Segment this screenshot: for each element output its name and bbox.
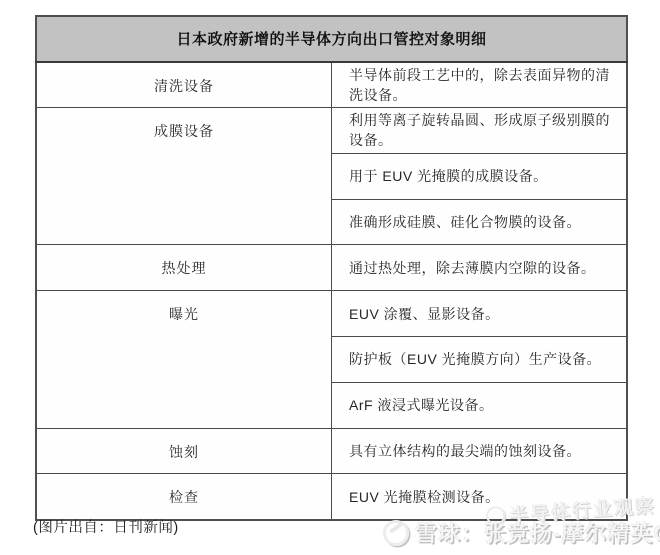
description-cell: 准确形成硅膜、硅化合物膜的设备。 [332, 199, 628, 245]
description-cell: ArF 液浸式曝光设备。 [332, 382, 628, 428]
table-row: 清洗设备半导体前段工艺中的，除去表面异物的清洗设备。 [36, 62, 627, 108]
page: 日本政府新增的半导体方向出口管控对象明细 清洗设备半导体前段工艺中的，除去表面异… [0, 0, 660, 555]
export-control-table: 日本政府新增的半导体方向出口管控对象明细 清洗设备半导体前段工艺中的，除去表面异… [35, 15, 628, 521]
table-row: 成膜设备利用等离子旋转晶圆、形成原子级别膜的设备。 [36, 108, 627, 154]
table-row: 蚀刻具有立体结构的最尖端的蚀刻设备。 [36, 428, 627, 474]
description-cell: 防护板（EUV 光掩膜方向）生产设备。 [332, 337, 628, 383]
category-cell: 检查 [36, 474, 332, 520]
description-cell: 用于 EUV 光掩膜的成膜设备。 [332, 153, 628, 199]
table-row: 曝光EUV 涂覆、显影设备。 [36, 291, 627, 337]
category-cell: 曝光 [36, 291, 332, 428]
table-title: 日本政府新增的半导体方向出口管控对象明细 [36, 16, 627, 62]
category-cell: 清洗设备 [36, 62, 332, 108]
category-cell: 成膜设备 [36, 108, 332, 245]
category-cell: 热处理 [36, 245, 332, 291]
table-title-row: 日本政府新增的半导体方向出口管控对象明细 [36, 16, 627, 62]
table-row: 热处理通过热处理，除去薄膜内空隙的设备。 [36, 245, 627, 291]
description-cell: 半导体前段工艺中的，除去表面异物的清洗设备。 [332, 62, 628, 108]
description-cell: 通过热处理，除去薄膜内空隙的设备。 [332, 245, 628, 291]
table-body: 清洗设备半导体前段工艺中的，除去表面异物的清洗设备。成膜设备利用等离子旋转晶圆、… [36, 62, 627, 520]
description-cell: 具有立体结构的最尖端的蚀刻设备。 [332, 428, 628, 474]
category-cell: 蚀刻 [36, 428, 332, 474]
description-cell: EUV 涂覆、显影设备。 [332, 291, 628, 337]
xueqiu-snowball-icon [383, 520, 409, 546]
description-cell: 利用等离子旋转晶圆、形成原子级别膜的设备。 [332, 108, 628, 154]
watermark-xueqiu: 雪球：张竞扬-摩尔精英CEO [383, 517, 660, 548]
image-source-caption: (图片出自：日刊新闻) [33, 516, 179, 537]
watermark-xueqiu-text: 雪球：张竞扬-摩尔精英CEO [415, 517, 660, 548]
